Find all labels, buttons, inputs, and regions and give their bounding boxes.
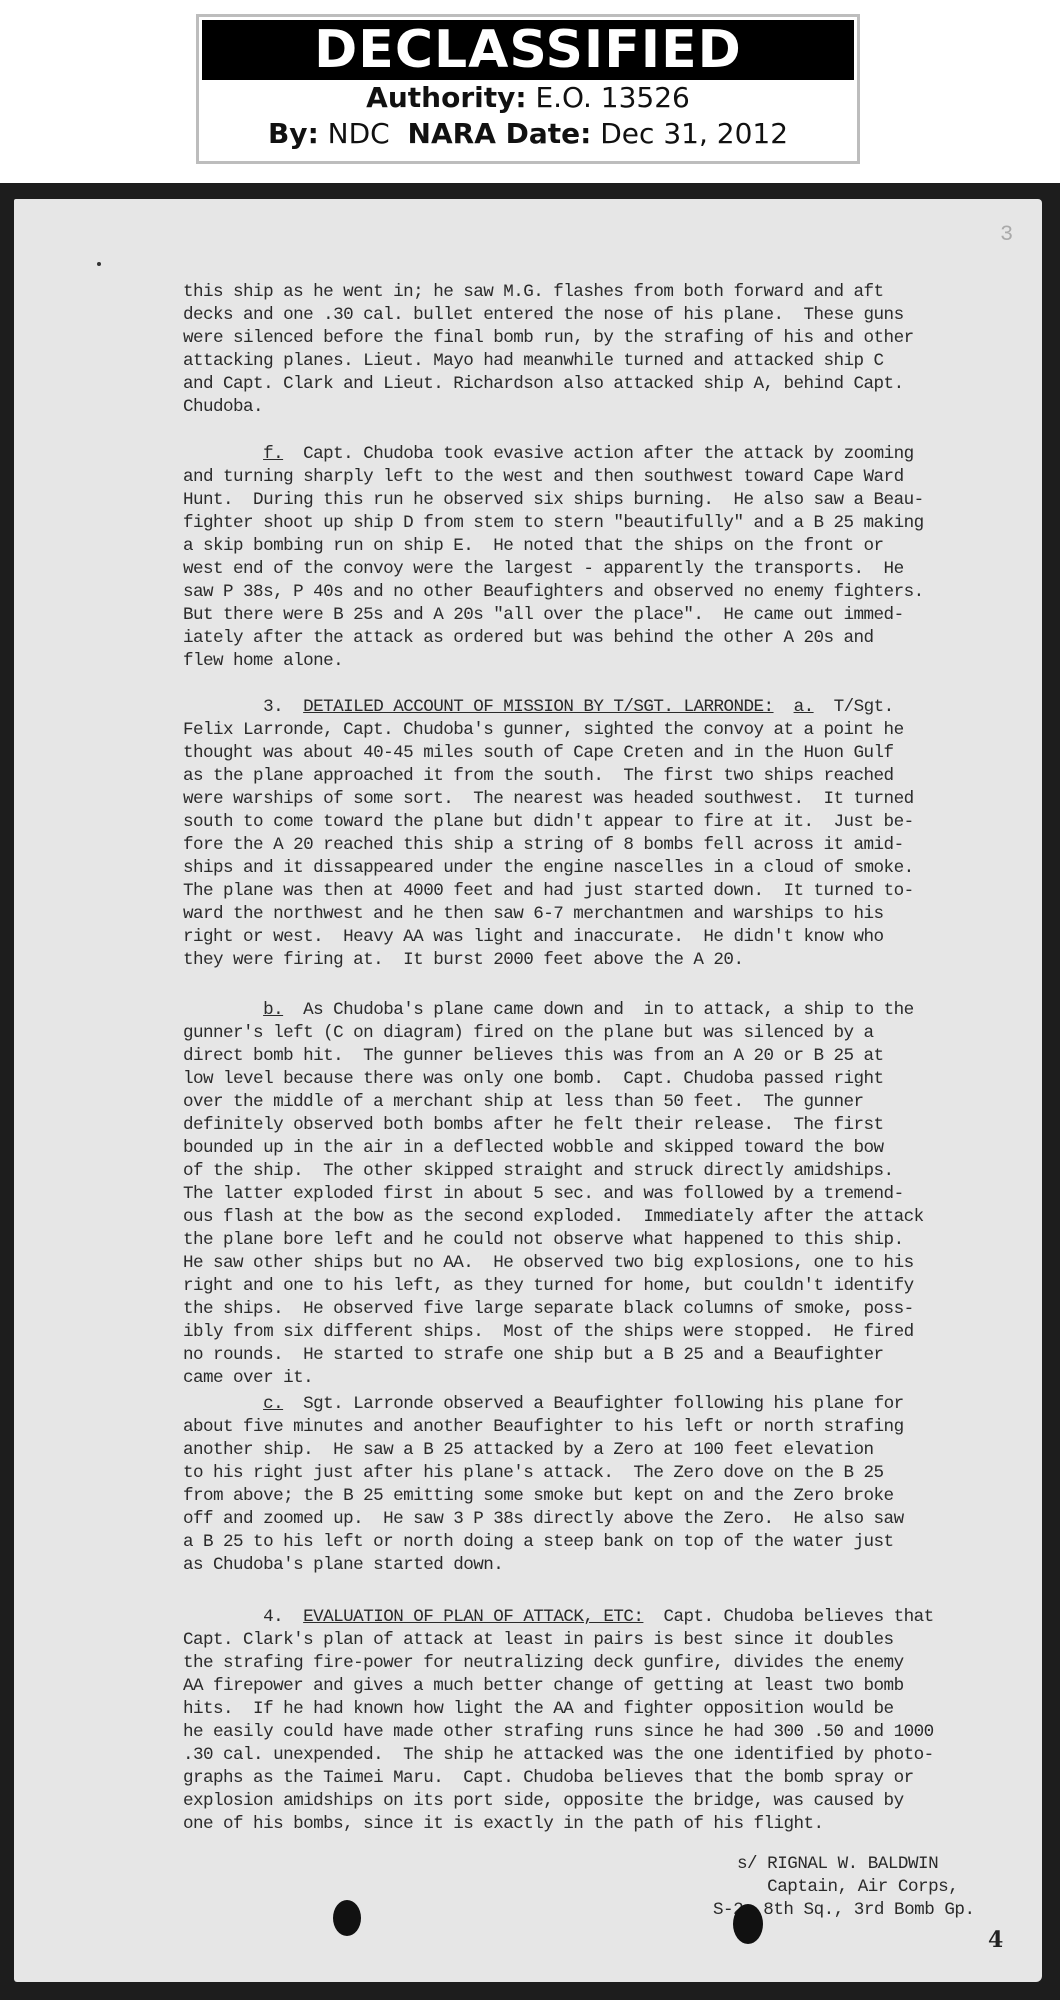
section-4: 4. EVALUATION OF PLAN OF ATTACK, ETC: Ca… [183, 1583, 983, 1859]
text-line: thought was about 40-45 miles south of C… [183, 742, 983, 765]
text-line: graphs as the Taimei Maru. Capt. Chudoba… [183, 1767, 983, 1790]
text-line: were silenced before the final bomb run,… [183, 327, 983, 350]
text-line: right and one to his left, as they turne… [183, 1275, 983, 1298]
nara-date-value: Dec 31, 2012 [600, 117, 788, 150]
by-label: By: [268, 117, 319, 150]
text-line: this ship as he went in; he saw M.G. fla… [183, 281, 983, 304]
stamp-authority-line: Authority: E.O. 13526 [199, 80, 857, 116]
text-line: Capt. Clark's plan of attack at least in… [183, 1629, 983, 1652]
text-line: direct bomb hit. The gunner believes thi… [183, 1045, 983, 1068]
text-line: fore the A 20 reached this ship a string… [183, 834, 983, 857]
paragraph-3c: c. Sgt. Larronde observed a Beaufighter … [183, 1370, 983, 1600]
punch-hole [333, 1900, 361, 1936]
text-line: no rounds. He started to strafe one ship… [183, 1344, 983, 1367]
text-line: about five minutes and another Beaufight… [183, 1416, 983, 1439]
text-line: c. Sgt. Larronde observed a Beaufighter … [183, 1393, 983, 1416]
declassified-stamp: DECLASSIFIED Authority: E.O. 13526 By: N… [196, 14, 860, 164]
text-line: AA firepower and gives a much better cha… [183, 1675, 983, 1698]
paragraph-marker: f. [263, 444, 283, 464]
text-line: south to come toward the plane but didn'… [183, 811, 983, 834]
text-line: the plane bore left and he could not obs… [183, 1229, 983, 1252]
text-line: Felix Larronde, Capt. Chudoba's gunner, … [183, 719, 983, 742]
signature-rank: Captain, Air Corps, [713, 1876, 975, 1899]
text-line: of the ship. The other skipped straight … [183, 1160, 983, 1183]
text-run: Capt. Chudoba took evasive action after … [303, 444, 914, 464]
nara-date-label: NARA Date: [408, 117, 592, 150]
text-line: attacking planes. Lieut. Mayo had meanwh… [183, 350, 983, 373]
section-number: 3. [263, 697, 283, 717]
page-number: 4 [988, 1927, 1003, 1953]
stamp-by-line: By: NDC NARA Date: Dec 31, 2012 [199, 116, 857, 152]
text-line: to his right just after his plane's atta… [183, 1462, 983, 1485]
text-run: Capt. Chudoba believes that [663, 1607, 933, 1627]
stamp-title: DECLASSIFIED [202, 20, 854, 80]
text-line: he easily could have made other strafing… [183, 1721, 983, 1744]
text-line: ward the northwest and he then saw 6-7 m… [183, 903, 983, 926]
text-line: as the plane approached it from the sout… [183, 765, 983, 788]
section-heading: EVALUATION OF PLAN OF ATTACK, ETC: [303, 1607, 643, 1627]
text-line: they were firing at. It burst 2000 feet … [183, 949, 983, 972]
text-line: a B 25 to his left or north doing a stee… [183, 1531, 983, 1554]
text-line: ships and it dissappeared under the engi… [183, 857, 983, 880]
text-line: b. As Chudoba's plane came down and in t… [183, 999, 983, 1022]
text-line: the ships. He observed five large separa… [183, 1298, 983, 1321]
section-3: 3. DETAILED ACCOUNT OF MISSION BY T/SGT.… [183, 673, 983, 995]
paragraph-marker: c. [263, 1394, 283, 1414]
text-line: over the middle of a merchant ship at le… [183, 1091, 983, 1114]
section-3-heading-line: 3. DETAILED ACCOUNT OF MISSION BY T/SGT.… [183, 696, 983, 719]
text-line: ous flash at the bow as the second explo… [183, 1206, 983, 1229]
authority-value: E.O. 13526 [535, 81, 689, 114]
text-line: fighter shoot up ship D from stem to ste… [183, 512, 983, 535]
punch-hole [733, 1904, 763, 1944]
paragraph-3b: b. As Chudoba's plane came down and in t… [183, 976, 983, 1413]
text-line: explosion amidships on its port side, op… [183, 1790, 983, 1813]
section-number: 4. [263, 1607, 283, 1627]
text-line: as Chudoba's plane started down. [183, 1554, 983, 1577]
text-line: definitely observed both bombs after he … [183, 1114, 983, 1137]
text-line: But there were B 25s and A 20s "all over… [183, 604, 983, 627]
text-line: right or west. Heavy AA was light and in… [183, 926, 983, 949]
text-run: T/Sgt. [834, 697, 894, 717]
section-4-heading-line: 4. EVALUATION OF PLAN OF ATTACK, ETC: Ca… [183, 1606, 983, 1629]
text-line: hits. If he had known how light the AA a… [183, 1698, 983, 1721]
text-line: flew home alone. [183, 650, 983, 673]
text-line: and Capt. Clark and Lieut. Richardson al… [183, 373, 983, 396]
section-heading: DETAILED ACCOUNT OF MISSION BY T/SGT. LA… [303, 697, 773, 717]
text-line: a skip bombing run on ship E. He noted t… [183, 535, 983, 558]
text-line: f. Capt. Chudoba took evasive action aft… [183, 443, 983, 466]
text-line: off and zoomed up. He saw 3 P 38s direct… [183, 1508, 983, 1531]
text-line: The latter exploded first in about 5 sec… [183, 1183, 983, 1206]
text-line: from above; the B 25 emitting some smoke… [183, 1485, 983, 1508]
text-line: decks and one .30 cal. bullet entered th… [183, 304, 983, 327]
text-line: bounded up in the air in a deflected wob… [183, 1137, 983, 1160]
text-line: were warships of some sort. The nearest … [183, 788, 983, 811]
text-line: gunner's left (C on diagram) fired on th… [183, 1022, 983, 1045]
text-line: ibly from six different ships. Most of t… [183, 1321, 983, 1344]
paragraph-marker: b. [263, 1000, 283, 1020]
text-line: Hunt. During this run he observed six sh… [183, 489, 983, 512]
text-line: iately after the attack as ordered but w… [183, 627, 983, 650]
top-page-mark: 3 [1000, 222, 1013, 247]
text-line: and turning sharply left to the west and… [183, 466, 983, 489]
paragraph-marker: a. [794, 697, 814, 717]
speck-mark [97, 262, 101, 266]
text-run: As Chudoba's plane came down and in to a… [303, 1000, 914, 1020]
text-line: low level because there was only one bom… [183, 1068, 983, 1091]
text-line: Chudoba. [183, 396, 983, 419]
text-line: The plane was then at 4000 feet and had … [183, 880, 983, 903]
text-line: the strafing fire-power for neutralizing… [183, 1652, 983, 1675]
text-run: Sgt. Larronde observed a Beaufighter fol… [303, 1394, 903, 1414]
paragraph-f: f. Capt. Chudoba took evasive action aft… [183, 420, 983, 696]
signature-name: s/ RIGNAL W. BALDWIN [713, 1853, 975, 1876]
text-line: .30 cal. unexpended. The ship he attacke… [183, 1744, 983, 1767]
text-line: another ship. He saw a B 25 attacked by … [183, 1439, 983, 1462]
paragraph-e-continuation: this ship as he went in; he saw M.G. fla… [183, 258, 983, 442]
by-value: NDC [328, 117, 390, 150]
text-line: west end of the convoy were the largest … [183, 558, 983, 581]
text-line: saw P 38s, P 40s and no other Beaufighte… [183, 581, 983, 604]
text-line: He saw other ships but no AA. He observe… [183, 1252, 983, 1275]
authority-label: Authority: [366, 81, 526, 114]
